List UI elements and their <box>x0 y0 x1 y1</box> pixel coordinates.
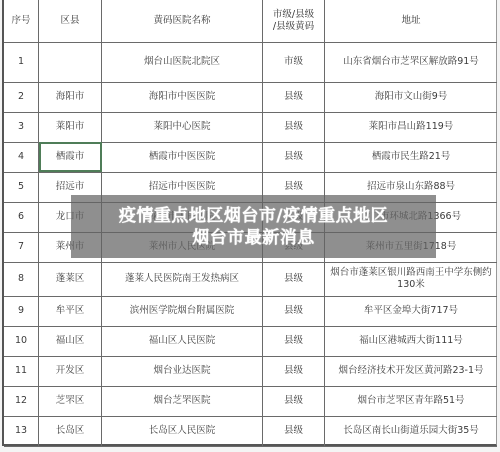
cell-no[interactable]: 3 <box>4 112 39 142</box>
cell-district[interactable]: 开发区 <box>39 356 102 386</box>
cell-level[interactable]: 县级 <box>263 386 325 416</box>
table-row: 12 芝罘区 烟台芝罘医院 县级 烟台市芝罘区青年路51号 <box>4 386 497 416</box>
cell-hospital[interactable]: 烟台业达医院 <box>102 356 263 386</box>
cell-hospital[interactable]: 莱阳中心医院 <box>102 112 263 142</box>
cell-level[interactable]: 县级 <box>263 142 325 172</box>
cell-address[interactable]: 福山区港城西大街111号 <box>325 326 498 356</box>
header-level-line1: 市级/县级 <box>265 9 322 21</box>
cell-hospital[interactable]: 滨州医学院烟台附属医院 <box>102 296 263 326</box>
table-row: 1 烟台山医院北院区 市级 山东省烟台市芝罘区解放路91号 <box>4 42 497 82</box>
cell-address[interactable]: 海阳市文山街9号 <box>325 82 498 112</box>
table-row: 2 海阳市 海阳市中医医院 县级 海阳市文山街9号 <box>4 82 497 112</box>
cell-hospital[interactable]: 烟台山医院北院区 <box>102 42 263 82</box>
cell-level[interactable]: 县级 <box>263 262 325 296</box>
table-row: 9 牟平区 滨州医学院烟台附属医院 县级 牟平区金埠大街717号 <box>4 296 497 326</box>
table-row: 8 蓬莱区 蓬莱人民医院南王发热病区 县级 烟台市蓬莱区银川路西南王中学东侧约1… <box>4 262 497 296</box>
cell-district[interactable]: 长岛区 <box>39 416 102 446</box>
cell-level[interactable]: 县级 <box>263 296 325 326</box>
cell-hospital[interactable]: 长岛区人民医院 <box>102 416 263 446</box>
headline-overlay: 疫情重点地区烟台市/疫情重点地区 烟台市最新消息 <box>71 195 436 258</box>
cell-hospital[interactable]: 福山区人民医院 <box>102 326 263 356</box>
cell-no[interactable]: 9 <box>4 296 39 326</box>
header-address: 地址 <box>325 0 498 42</box>
cell-address[interactable]: 烟台经济技术开发区黄河路23-1号 <box>325 356 498 386</box>
cell-no[interactable]: 10 <box>4 326 39 356</box>
cell-district[interactable]: 蓬莱区 <box>39 262 102 296</box>
header-no: 序号 <box>4 0 39 42</box>
cell-hospital[interactable]: 蓬莱人民医院南王发热病区 <box>102 262 263 296</box>
cell-address[interactable]: 烟台市蓬莱区银川路西南王中学东侧约130米 <box>325 262 498 296</box>
table-row: 4 栖霞市 栖霞市中医医院 县级 栖霞市民生路21号 <box>4 142 497 172</box>
cell-level[interactable]: 县级 <box>263 416 325 446</box>
cell-district[interactable]: 莱阳市 <box>39 112 102 142</box>
cell-district-selected[interactable]: 栖霞市 <box>39 142 102 172</box>
table-row: 11 开发区 烟台业达医院 县级 烟台经济技术开发区黄河路23-1号 <box>4 356 497 386</box>
cell-hospital[interactable]: 海阳市中医医院 <box>102 82 263 112</box>
table-row: 3 莱阳市 莱阳中心医院 县级 莱阳市昌山路119号 <box>4 112 497 142</box>
cell-no[interactable]: 8 <box>4 262 39 296</box>
header-hospital: 黄码医院名称 <box>102 0 263 42</box>
cell-no[interactable]: 12 <box>4 386 39 416</box>
cell-district[interactable]: 福山区 <box>39 326 102 356</box>
cell-no[interactable]: 6 <box>4 202 39 232</box>
table-row: 10 福山区 福山区人民医院 县级 福山区港城西大街111号 <box>4 326 497 356</box>
cell-district[interactable]: 芝罘区 <box>39 386 102 416</box>
cell-address[interactable]: 莱阳市昌山路119号 <box>325 112 498 142</box>
headline-line-2: 烟台市最新消息 <box>192 227 315 249</box>
cell-address[interactable]: 栖霞市民生路21号 <box>325 142 498 172</box>
cell-no[interactable]: 1 <box>4 42 39 82</box>
cell-address[interactable]: 山东省烟台市芝罘区解放路91号 <box>325 42 498 82</box>
cell-level[interactable]: 县级 <box>263 326 325 356</box>
table-header-row: 序号 区县 黄码医院名称 市级/县级 /县级黄码 地址 <box>4 0 497 42</box>
cell-no[interactable]: 11 <box>4 356 39 386</box>
cell-address[interactable]: 长岛区南长山街道乐园大街35号 <box>325 416 498 446</box>
cell-district[interactable]: 海阳市 <box>39 82 102 112</box>
cell-hospital[interactable]: 烟台芝罘医院 <box>102 386 263 416</box>
cell-district[interactable]: 牟平区 <box>39 296 102 326</box>
cell-no[interactable]: 13 <box>4 416 39 446</box>
cell-district[interactable] <box>39 42 102 82</box>
header-level: 市级/县级 /县级黄码 <box>263 0 325 42</box>
spreadsheet-image: 序号 区县 黄码医院名称 市级/县级 /县级黄码 地址 1 烟台山医院北院区 市… <box>2 0 497 446</box>
cell-hospital[interactable]: 栖霞市中医医院 <box>102 142 263 172</box>
cell-level[interactable]: 县级 <box>263 112 325 142</box>
cell-no[interactable]: 5 <box>4 172 39 202</box>
cell-no[interactable]: 4 <box>4 142 39 172</box>
cell-level[interactable]: 县级 <box>263 82 325 112</box>
cell-no[interactable]: 2 <box>4 82 39 112</box>
header-district: 区县 <box>39 0 102 42</box>
cell-address[interactable]: 牟平区金埠大街717号 <box>325 296 498 326</box>
table-row: 13 长岛区 长岛区人民医院 县级 长岛区南长山街道乐园大街35号 <box>4 416 497 446</box>
cell-level[interactable]: 县级 <box>263 356 325 386</box>
cell-address[interactable]: 烟台市芝罘区青年路51号 <box>325 386 498 416</box>
header-level-line2: /县级黄码 <box>265 21 322 33</box>
cell-level[interactable]: 市级 <box>263 42 325 82</box>
cell-no[interactable]: 7 <box>4 232 39 262</box>
headline-line-1: 疫情重点地区烟台市/疫情重点地区 <box>119 205 388 227</box>
